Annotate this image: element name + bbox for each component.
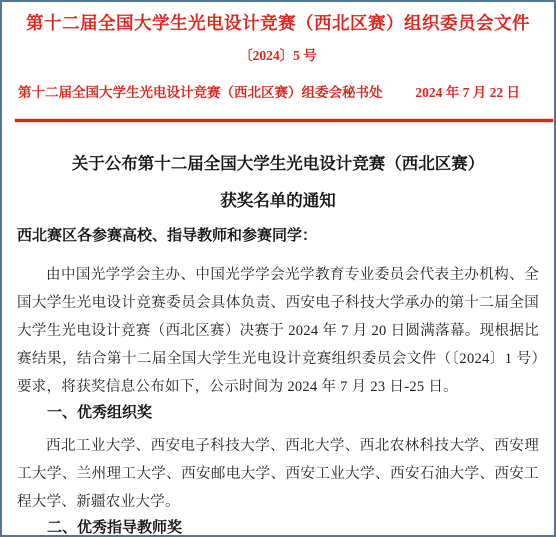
letterhead-secretariat: 第十二届全国大学生光电设计竞赛（西北区赛）组委会秘书处 <box>18 85 383 101</box>
notice-title-line2: 获奖名单的通知 <box>17 182 539 219</box>
letterhead-divider-rule <box>15 119 553 122</box>
section-1-heading: 一、优秀组织奖 <box>17 401 539 425</box>
document-letterhead: 第十二届全国大学生光电设计竞赛（西北区赛）组织委员会文件 〔2024〕5 号 第… <box>2 2 554 122</box>
letterhead-issue-number: 〔2024〕5 号 <box>2 48 554 64</box>
letterhead-secretariat-row: 第十二届全国大学生光电设计竞赛（西北区赛）组委会秘书处 2024 年 7 月 2… <box>2 85 554 101</box>
section-1-content: 西北工业大学、西安电子科技大学、西北大学、西北农林科技大学、西安理工大学、兰州理… <box>17 432 539 516</box>
section-2-heading: 二、优秀指导教师奖 <box>17 516 539 537</box>
notice-title: 关于公布第十二届全国大学生光电设计竞赛（西北区赛） 获奖名单的通知 <box>17 145 539 219</box>
notice-title-line1: 关于公布第十二届全国大学生光电设计竞赛（西北区赛） <box>17 145 539 182</box>
intro-paragraph: 由中国光学学会主办、中国光学学会光学教育专业委员会代表主办机构、全国大学生光电设… <box>17 261 539 401</box>
document-body: 关于公布第十二届全国大学生光电设计竞赛（西北区赛） 获奖名单的通知 西北赛区各参… <box>2 145 554 537</box>
document-page: 第十二届全国大学生光电设计竞赛（西北区赛）组织委员会文件 〔2024〕5 号 第… <box>0 0 556 537</box>
salutation-line: 西北赛区各参赛高校、指导教师和参赛同学： <box>17 225 539 247</box>
letterhead-date: 2024 年 7 月 22 日 <box>415 85 520 101</box>
letterhead-org-title: 第十二届全国大学生光电设计竞赛（西北区赛）组织委员会文件 <box>2 11 554 35</box>
